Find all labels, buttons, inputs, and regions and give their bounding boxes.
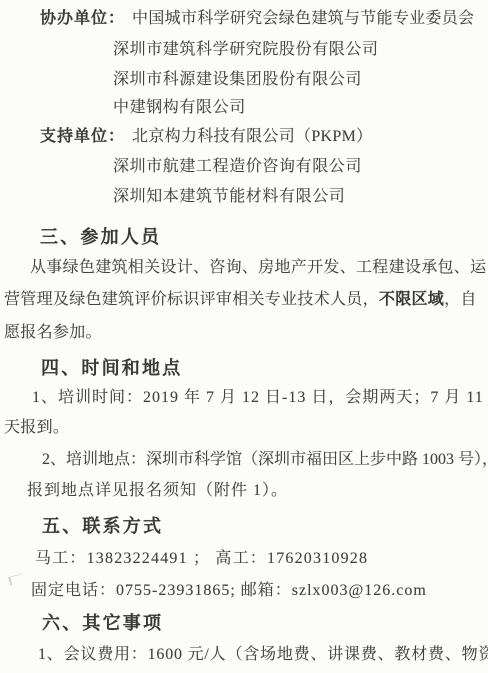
co-organizer-name-3: 深圳市科源建设集团股份有限公司 (113, 70, 362, 90)
supporter-name-3: 深圳知本建筑节能材料有限公司 (113, 187, 345, 207)
participants-text-post: ，自 (444, 291, 477, 308)
supporter-name-1: 北京构力科技有限公司（PKPM） (132, 128, 372, 145)
co-organizer-name-1: 中国城市科学研究会绿色建筑与节能专业委员会 (132, 10, 474, 27)
supporter-name-2: 深圳市航建工程造价咨询有限公司 (113, 157, 362, 177)
participants-paragraph-line-1: 从事绿色建筑相关设计、咨询、房地产开发、工程建设承包、运 (30, 258, 486, 278)
co-organizer-name-4: 中建钢构有限公司 (113, 98, 246, 118)
training-place-line-2: 报到地点详见报名须知（附件 1）。 (27, 481, 288, 501)
training-time-line-2: 天报到。 (4, 418, 69, 438)
section-heading-time-place: 四、时间和地点 (41, 358, 182, 378)
supporter-line-1: 支持单位：北京构力科技有限公司（PKPM） (40, 127, 372, 147)
document-page: 协办单位：中国城市科学研究会绿色建筑与节能专业委员会 深圳市建筑科学研究院股份有… (0, 0, 488, 673)
contact-landline-email-line: 固定电话：0755-23931865; 邮箱：szlx003@126.com (31, 581, 427, 601)
co-organizer-name-2: 深圳市建筑科学研究院股份有限公司 (113, 40, 379, 60)
supporter-label: 支持单位： (40, 128, 125, 145)
section-heading-participants: 三、参加人员 (40, 227, 161, 247)
section-heading-contact: 五、联系方式 (42, 516, 163, 536)
section-heading-other: 六、其它事项 (42, 613, 163, 633)
participants-paragraph-line-3: 愿报名参加。 (4, 323, 102, 343)
training-place-line-1: 2、培训地点：深圳市科学馆（深圳市福田区上步中路 1003 号）， (42, 450, 488, 470)
participants-text-pre: 营管理及绿色建筑评价标识评审相关专业技术人员， (4, 291, 379, 308)
co-organizer-line-1: 协办单位：中国城市科学研究会绿色建筑与节能专业委员会 (40, 9, 474, 29)
fee-line: 1、会议费用：1600 元/人（含场地费、讲课费、教材费、物资 (38, 645, 488, 665)
participants-paragraph-line-2: 营管理及绿色建筑评价标识评审相关专业技术人员，不限区域，自 (4, 290, 477, 310)
co-organizer-label: 协办单位： (40, 10, 125, 27)
no-region-limit-bold-text: 不限区域 (379, 291, 444, 308)
scan-artifact-mark (8, 573, 25, 585)
training-time-line-1: 1、培训时间：2019 年 7 月 12 日-13 日，会期两天；7 月 11 … (32, 388, 488, 408)
contact-mobile-line: 马工：13823224491 ； 高工：17620310928 (35, 549, 368, 569)
